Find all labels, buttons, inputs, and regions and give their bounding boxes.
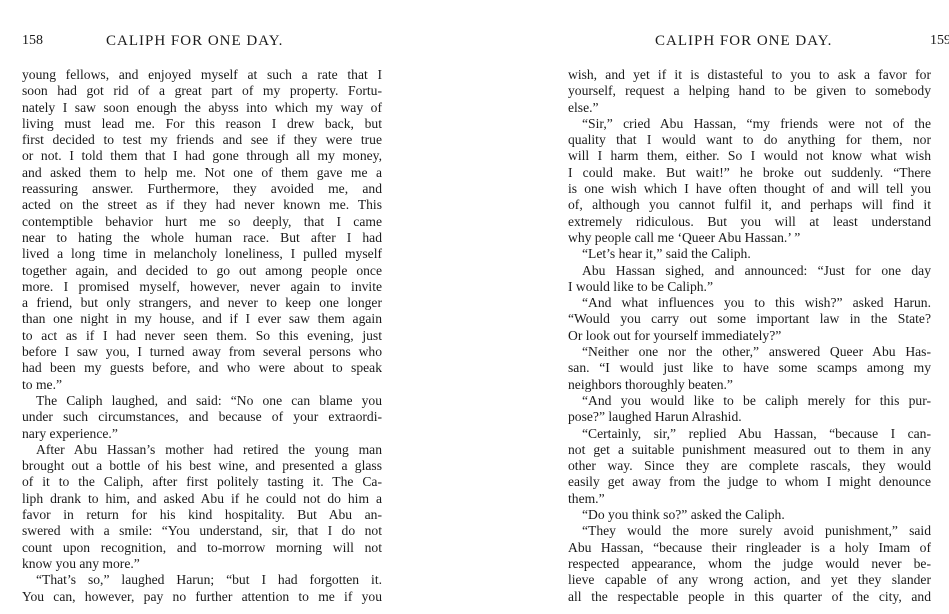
text-line: neighbors thoroughly beaten.”	[568, 377, 931, 393]
text-line: “Certainly, sir,” replied Abu Hassan, “b…	[568, 426, 931, 442]
text-line: all the respectable people in this quart…	[568, 589, 931, 605]
text-line: nately I saw soon enough the abyss into …	[22, 100, 382, 116]
text-line: extremely ridiculous. But you will at le…	[568, 214, 931, 230]
text-line: else.”	[568, 100, 931, 116]
text-line: “Would you carry out some important law …	[568, 311, 931, 327]
text-line: Or look out for yourself immediately?”	[568, 328, 931, 344]
text-line: easily get away from the judge to whom I…	[568, 474, 931, 490]
text-line: You can, however, pay no further attenti…	[22, 589, 382, 605]
text-line: and asked them to help me. Not one of th…	[22, 165, 382, 181]
text-line: “Sir,” cried Abu Hassan, “my friends wer…	[568, 116, 931, 132]
text-line: brought out a bottle of his best wine, a…	[22, 458, 382, 474]
text-line: acted on the street as if they had never…	[22, 197, 382, 213]
text-line: wish, and yet if it is distasteful to yo…	[568, 67, 931, 83]
text-line: “And you would like to be caliph merely …	[568, 393, 931, 409]
text-line: “And what influences you to this wish?” …	[568, 295, 931, 311]
page-number: 159	[930, 33, 949, 49]
text-line: favor in return for his kind hospitality…	[22, 507, 382, 523]
text-line: The Caliph laughed, and said: “No one ca…	[22, 393, 382, 409]
text-line: young fellows, and enjoyed myself at suc…	[22, 67, 382, 83]
text-line: lieve capable of any wrong action, and y…	[568, 572, 931, 588]
text-line: liph drank to him, and asked Abu if he c…	[22, 491, 382, 507]
text-line: count upon recognition, and to-morrow mo…	[22, 540, 382, 556]
text-line: them.”	[568, 491, 931, 507]
text-line: not get a suitable punishment measured o…	[568, 442, 931, 458]
text-line: other way. Since they are complete rasca…	[568, 458, 931, 474]
left-page: 158 CALIPH FOR ONE DAY. young fellows, a…	[22, 0, 382, 614]
text-line: Abu Hassan sighed, and announced: “Just …	[568, 263, 931, 279]
text-line: swered with a smile: “You understand, si…	[22, 523, 382, 539]
text-line: why people call me ‘Queer Abu Hassan.’ ”	[568, 230, 931, 246]
text-line: “Neither one nor the other,” answered Qu…	[568, 344, 931, 360]
right-page-body: wish, and yet if it is distasteful to yo…	[568, 67, 931, 605]
running-head: CALIPH FOR ONE DAY.	[655, 33, 832, 50]
right-page-header: CALIPH FOR ONE DAY. 159	[568, 33, 931, 53]
text-line: pose?” laughed Harun Alrashid.	[568, 409, 931, 425]
left-page-header: 158 CALIPH FOR ONE DAY.	[22, 33, 382, 53]
running-head: CALIPH FOR ONE DAY.	[106, 33, 283, 50]
text-line: of it to the Caliph, after first politel…	[22, 474, 382, 490]
text-line: of, although you cannot fulfil it, and p…	[568, 197, 931, 213]
text-line: before I saw you, I turned away from sev…	[22, 344, 382, 360]
text-line: I would like to be Caliph.”	[568, 279, 931, 295]
text-line: living must lead me. For this reason I d…	[22, 116, 382, 132]
text-line: lived a long time in melancholy loneline…	[22, 246, 382, 262]
text-line: soon had got rid of a great part of my p…	[22, 83, 382, 99]
text-line: san. “I would just like to have some sca…	[568, 360, 931, 376]
text-line: Abu Hassan, “because their ringleader is…	[568, 540, 931, 556]
right-page: CALIPH FOR ONE DAY. 159 wish, and yet if…	[568, 0, 931, 614]
text-line: a friend, but only strangers, and never …	[22, 295, 382, 311]
text-line: had been my guests before, and who were …	[22, 360, 382, 376]
text-line: yourself, request a helping hand to be g…	[568, 83, 931, 99]
text-line: know you any more.”	[22, 556, 382, 572]
text-line: is one wish which I have often thought o…	[568, 181, 931, 197]
text-line: will I harm them, either. So I would not…	[568, 148, 931, 164]
text-line: to me.”	[22, 377, 382, 393]
text-line: reassuring answer. Furthermore, they avo…	[22, 181, 382, 197]
page-number: 158	[22, 33, 43, 49]
text-line: “That’s so,” laughed Harun; “but I had f…	[22, 572, 382, 588]
text-line: After Abu Hassan’s mother had retired th…	[22, 442, 382, 458]
text-line: contemptible behavior hurt me so deeply,…	[22, 214, 382, 230]
text-line: “They would the more surely avoid punish…	[568, 523, 931, 539]
left-page-body: young fellows, and enjoyed myself at suc…	[22, 67, 382, 605]
text-line: “Let’s hear it,” said the Caliph.	[568, 246, 931, 262]
text-line: to act as if I had never seen them. So t…	[22, 328, 382, 344]
text-line: or not. I told them that I had gone thro…	[22, 148, 382, 164]
text-line: more. I promised myself, however, never …	[22, 279, 382, 295]
text-line: together again, and decided to go out am…	[22, 263, 382, 279]
text-line: than one night in my house, and if I eve…	[22, 311, 382, 327]
text-line: nary experience.”	[22, 426, 382, 442]
text-line: quality that I would want to do anything…	[568, 132, 931, 148]
text-line: under such circumstances, and because of…	[22, 409, 382, 425]
text-line: “Do you think so?” asked the Caliph.	[568, 507, 931, 523]
text-line: first decided to test my friends and see…	[22, 132, 382, 148]
text-line: near to hating the whole human race. But…	[22, 230, 382, 246]
text-line: I could make. But wait!” he broke out su…	[568, 165, 931, 181]
text-line: respected appearance, whom the judge wou…	[568, 556, 931, 572]
